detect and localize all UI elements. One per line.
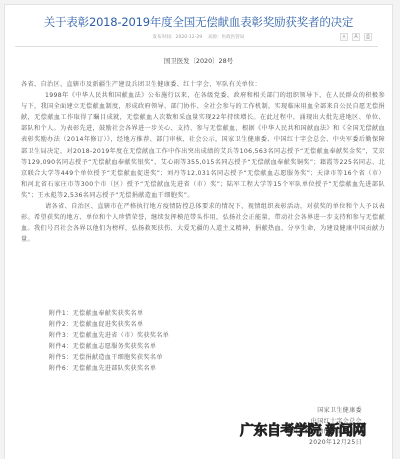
paragraph-2: 请各省、自治区、直辖市在严格执行地方疫情防控总体要求的情况下，视情组织表彰活动，… <box>21 201 385 245</box>
document-number: 国卫医发〔2020〕28号 <box>5 56 392 66</box>
attachment-link[interactable]: 附件4：无偿献血志愿服务奖获奖名单 <box>49 341 169 352</box>
watermark-text: 广东自考学院 新闻网 <box>240 423 366 439</box>
attachment-link[interactable]: 附件2：无偿献血促进奖获奖名单 <box>49 319 169 330</box>
attachment-link[interactable]: 附件6：无偿献血先进部队奖获奖名单 <box>49 363 169 374</box>
article-card: 关于表彰2018-2019年度全国无偿献血表彰奖励获奖者的决定 发布时间：202… <box>4 4 393 459</box>
signature-org: 国家卫生健康委 <box>285 406 362 417</box>
article-tools: A A ⎙ <box>340 33 372 41</box>
print-icon[interactable]: ⎙ <box>364 33 372 41</box>
font-larger-icon[interactable]: A <box>352 33 360 41</box>
article-meta: 发布时间：2020-12-29 来源：医政医管局 <box>5 34 392 42</box>
attachment-link[interactable]: 附件5：无偿捐献造血干细胞奖获奖名单 <box>49 352 169 363</box>
attachment-link[interactable]: 附件3：无偿献血先进省（市）奖获奖名单 <box>49 330 169 341</box>
article-source: 来源：医政医管局 <box>208 35 245 40</box>
publish-time: 发布时间：2020-12-29 <box>153 35 203 40</box>
attachment-link[interactable]: 附件1：无偿献血奉献奖获奖名单 <box>49 308 169 319</box>
paragraph-1: 1998年《中华人民共和国献血法》公布施行以来，在各级党委、政府和相关部门的组织… <box>21 90 385 201</box>
salutation: 各省、自治区、直辖市及新疆生产建设兵团卫生健康委、红十字会，军队有关单位： <box>21 79 385 90</box>
article-body: 各省、自治区、直辖市及新疆生产建设兵团卫生健康委、红十字会，军队有关单位： 19… <box>21 79 385 245</box>
attachment-list: 附件1：无偿献血奉献奖获奖名单 附件2：无偿献血促进奖获奖名单 附件3：无偿献血… <box>49 308 169 375</box>
article-title: 关于表彰2018-2019年度全国无偿献血表彰奖励获奖者的决定 <box>5 14 392 30</box>
signature-date: 2020年12月25日 <box>285 438 362 449</box>
font-smaller-icon[interactable]: A <box>340 33 348 41</box>
title-divider <box>15 46 378 47</box>
